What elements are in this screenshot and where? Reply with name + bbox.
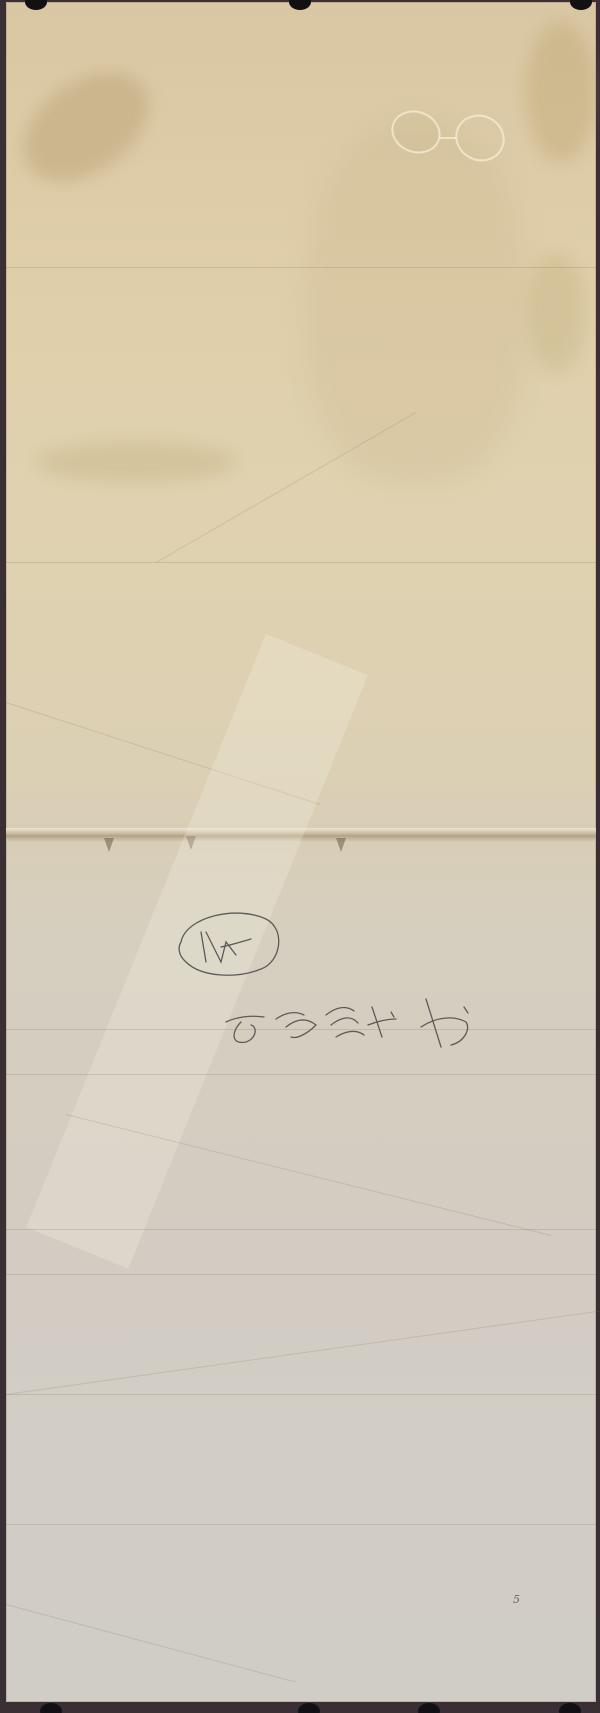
crease xyxy=(6,562,596,563)
pencil-handwriting xyxy=(176,907,536,1067)
crease xyxy=(6,1274,596,1275)
bottom-clip-3 xyxy=(418,1703,440,1713)
page-number: 5 xyxy=(513,1593,520,1606)
show-through-glasses-icon xyxy=(384,102,514,162)
stain xyxy=(526,252,586,372)
bottom-clip-2 xyxy=(298,1703,320,1713)
stain xyxy=(526,22,596,162)
show-through-face xyxy=(306,122,526,482)
crease xyxy=(6,267,596,268)
crease xyxy=(156,412,416,563)
bottom-clip-1 xyxy=(40,1703,62,1713)
poster-back: 5 xyxy=(6,2,596,1702)
bottom-clip-4 xyxy=(559,1703,581,1713)
cursive-inscription xyxy=(226,999,468,1047)
crease xyxy=(6,1229,596,1230)
crease xyxy=(6,1311,600,1395)
circled-mark-icon xyxy=(179,913,279,975)
stain xyxy=(3,50,169,204)
stain xyxy=(36,442,236,482)
crease xyxy=(6,1074,596,1075)
crease xyxy=(6,1604,296,1683)
crease xyxy=(6,1524,596,1525)
crease xyxy=(6,1394,596,1395)
